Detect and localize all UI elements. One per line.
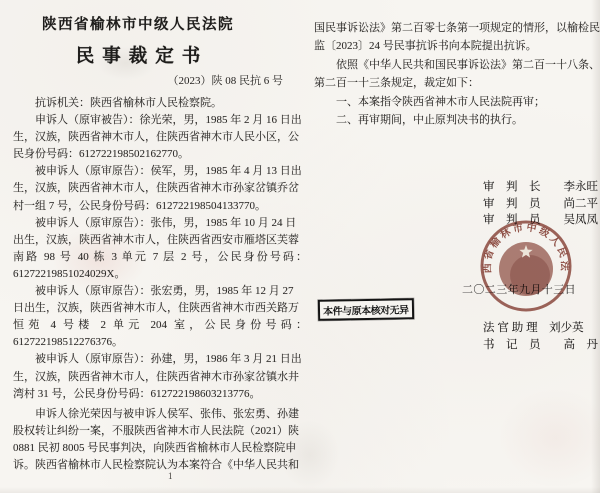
text-line: 被申诉人（原审原告）：侯军，男，1985 年 4 月 13 日出 (13, 163, 307, 180)
text-line: 出生，汉族，陕西省神木市人，住陕西省西安市雁塔区芙蓉 (13, 232, 307, 249)
signature-line: 审 判 长 李永旺 (483, 179, 598, 196)
text-line: 国民事诉讼法》第二百零七条第一项规定的情形，以榆检民 (314, 19, 600, 37)
staff-signatures: 法 官 助 理 刘少英书 记 员 高 丹 (483, 320, 598, 354)
signature-line: 法 官 助 理 刘少英 (483, 320, 598, 337)
case-number: （2023）陕 08 民抗 6 号 (14, 72, 283, 88)
text-line: 申诉人徐光荣因与被申诉人侯军、张伟、张宏勇、孙建 (13, 406, 307, 423)
text-line: 生，汉族，陕西省神木市人，住陕西省神木市孙家岔镇水井 (13, 369, 307, 386)
text-line: 被申诉人（原审原告）：张伟，男，1985 年 10 月 24 日 (13, 215, 307, 232)
left-column-text: 抗诉机关：陕西省榆林市人民检察院。申诉人（原审被告）：徐光荣，男，1985 年 … (13, 95, 307, 474)
text-line: 被申诉人（原审原告）：孙建，男，1986 年 3 月 21 日出 (13, 351, 307, 368)
scan-edge-shadow (0, 487, 600, 493)
page-number: 1 (168, 471, 173, 481)
text-line: 一、本案指令陕西省神木市人民法院再审； (314, 93, 600, 111)
verification-stamp: 本件与原本核对无异 (318, 298, 414, 321)
text-line: 抗诉机关：陕西省榆林市人民检察院。 (13, 95, 307, 112)
text-line: 村一组 7 号，公民身份号码：612722198504133770。 (13, 198, 307, 215)
court-name: 陕西省榆林市中级人民法院 (14, 13, 262, 34)
text-line: 二、再审期间，中止原判决书的执行。 (314, 111, 600, 129)
document-title: 民事裁定书 (14, 42, 262, 68)
paper-stain (498, 388, 600, 488)
text-line: 日出生，汉族，陕西省神木市人，住陕西省神木市西关路万 (13, 300, 307, 317)
signature-line: 书 记 员 高 丹 (483, 337, 598, 354)
text-line: 民身份号码：612722198502162770。 (13, 146, 307, 163)
text-line: 612722198512276376。 (13, 334, 307, 351)
text-line: 第二百一十三条规定，裁定如下： (314, 74, 600, 92)
signature-line: 审 判 员 尚二平 (483, 196, 598, 213)
signature-line: 审 判 员 吴凤凤 (483, 212, 598, 229)
text-line: 监〔2023〕24 号民事抗诉书向本院提出抗诉。 (314, 37, 600, 55)
text-line: 诉。陕西省榆林市人民检察院认为本案符合《中华人民共和 (13, 457, 307, 474)
text-line: 61272219851024029X。 (13, 266, 307, 283)
scanned-ruling-document: 陕西省榆林市中级人民法院 民事裁定书 （2023）陕 08 民抗 6 号 抗诉机… (0, 0, 600, 493)
text-line: 恒苑 4 号楼 2 单元 204 室，公民身份号码： (13, 317, 307, 334)
text-line: 被申诉人（原审原告）：张宏勇，男，1985 年 12 月 27 (13, 283, 307, 300)
seal-star-icon (519, 245, 532, 258)
text-line: 南路 98 号 40 栋 3 单元 7 层 2 号，公民身份号码： (13, 249, 307, 266)
text-line: 生，汉族，陕西省神木市人，住陕西省神木市人民小区，公 (13, 129, 307, 146)
text-line: 依照《中华人民共和国民事诉讼法》第二百一十八条、 (314, 56, 600, 74)
text-line: 申诉人（原审被告）：徐光荣，男，1985 年 2 月 16 日出 (13, 112, 307, 129)
text-line: 生，汉族，陕西省神木市人，住陕西省神木市孙家岔镇乔岔 (13, 180, 307, 197)
text-line: 股权转让纠纷一案，不服陕西省神木市人民法院（2021）陕 (13, 423, 307, 440)
ruling-date: 二〇二三年九月十三日 (462, 281, 576, 297)
judges-signatures: 审 判 长 李永旺审 判 员 尚二平审 判 员 吴凤凤 (483, 179, 598, 229)
text-line: 0881 民初 8005 号民事判决，向陕西省榆林市人民检察院申 (13, 440, 307, 457)
right-column-text: 国民事诉讼法》第二百零七条第一项规定的情形，以榆检民监〔2023〕24 号民事抗… (314, 19, 600, 129)
text-line: 湾村 31 号，公民身份号码：612722198603213776。 (13, 386, 307, 403)
